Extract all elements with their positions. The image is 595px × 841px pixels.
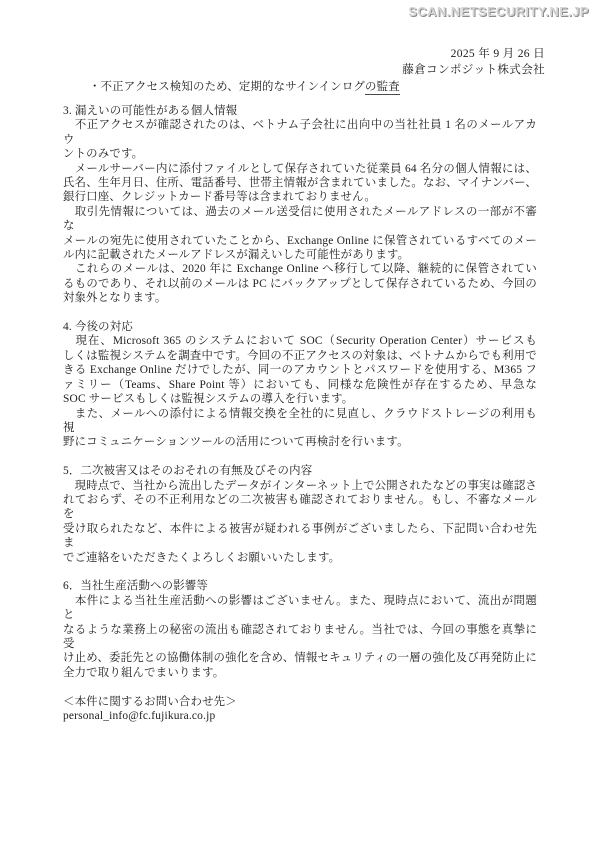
body-line: また、メールへの添付による情報交換を全社的に見直し、クラウドストレージの利用も視 [63,407,537,436]
document-date: 2025 年 9 月 26 日 [451,45,545,61]
body-line: これらのメールは、2020 年に Exchange Online へ移行して以降… [63,262,537,276]
blank-line [63,306,537,320]
body-line: きる Exchange Online だけでしたが、同一のアカウントとパスワード… [63,363,537,377]
body-line: 不正アクセスが確認されたのは、ベトナム子会社に出向中の当社社員 1 名のメールア… [63,118,537,147]
blank-line [63,680,537,694]
section-heading: 3. 漏えいの可能性がある個人情報 [63,104,537,118]
body-line: なるような業務上の秘密の流出も確認されておりません。当社では、今回の事態を真摯に… [63,623,537,652]
body-line: 氏名、生年月日、住所、電話番号、世帯主情報が含まれていました。なお、マイナンバー… [63,176,537,190]
body-line: 対象外となります。 [63,291,537,305]
body-line: 銀行口座、クレジットカード番号等は含まれておりません。 [63,190,537,204]
company-name: 藤倉コンポジット株式会社 [402,61,545,77]
body-line: ントのみです。 [63,147,537,161]
body-line: メールの宛先に使用されていたことから、Exchange Online に保管され… [63,234,537,248]
document-body: 3. 漏えいの可能性がある個人情報 不正アクセスが確認されたのは、ベトナム子会社… [63,104,537,723]
body-line: 野にコミュニケーションツールの活用について再検討を行います。 [63,435,537,449]
body-line: 本件による当社生産活動への影響はございません。また、現時点において、流出が問題と [63,594,537,623]
body-line: ル内に記載されたメールアドレスが漏えいした可能性があります。 [63,248,537,262]
section-heading: 6．当社生産活動への影響等 [63,579,537,593]
body-line: メールサーバー内に添付ファイルとして保存されていた従業員 64 名分の個人情報に… [63,162,537,176]
contact-email: personal_info@fc.fujikura.co.jp [63,709,537,723]
section-heading: 4. 今後の対応 [63,320,537,334]
scan-netsecurity-watermark: SCAN.NETSECURITY.NE.JP [408,4,589,19]
list-item-underlined-text: の監査 [365,81,400,95]
body-line: 全力で取り組んでまいります。 [63,666,537,680]
contact-heading: ＜本件に関するお問い合わせ先＞ [63,695,537,709]
body-line: 取引先情報については、過去のメール送受信に使用されたメールアドレスの一部が不審な [63,205,537,234]
body-line: しくは監視システムを調査中です。今回の不正アクセスの対象は、ベトナムからでも利用… [63,349,537,363]
body-line: るものであり、それ以前のメールは PC にバックアップとして保存されているため、… [63,277,537,291]
body-line: 現在、Microsoft 365 のシステムにおいて SOC（Security … [63,334,537,348]
body-line: SOC サービスもしくは監視システムの導入を行います。 [63,392,537,406]
body-line: れておらず、その不正利用などの二次被害も確認されておりません。もし、不審なメール… [63,493,537,522]
body-line: 現時点で、当社から流出したデータがインターネット上で公開されたなどの事実は確認さ [63,479,537,493]
body-line: ァミリー（Teams、Share Point 等）においても、同様な危険性が存在… [63,378,537,392]
body-line: け止め、委託先との協働体制の強化を含め、情報セキュリティの一層の強化及び再発防止… [63,651,537,665]
section-heading: 5．二次被害又はそのおそれの有無及びその内容 [63,464,537,478]
body-line: 受け取られたなど、本件による被害が疑われる事例がございましたら、下記問い合わせ先… [63,522,537,551]
blank-line [63,565,537,579]
list-item-signin-log-audit: ・不正アクセス検知のため、定期的なサインインログの監査 [89,78,400,94]
blank-line [63,450,537,464]
body-line: でご連絡をいただきたくよろしくお願いいたします。 [63,551,537,565]
list-item-text: ・不正アクセス検知のため、定期的なサインインログ [89,81,365,93]
scanned-document-page: SCAN.NETSECURITY.NE.JP 2025 年 9 月 26 日 藤… [0,0,595,841]
